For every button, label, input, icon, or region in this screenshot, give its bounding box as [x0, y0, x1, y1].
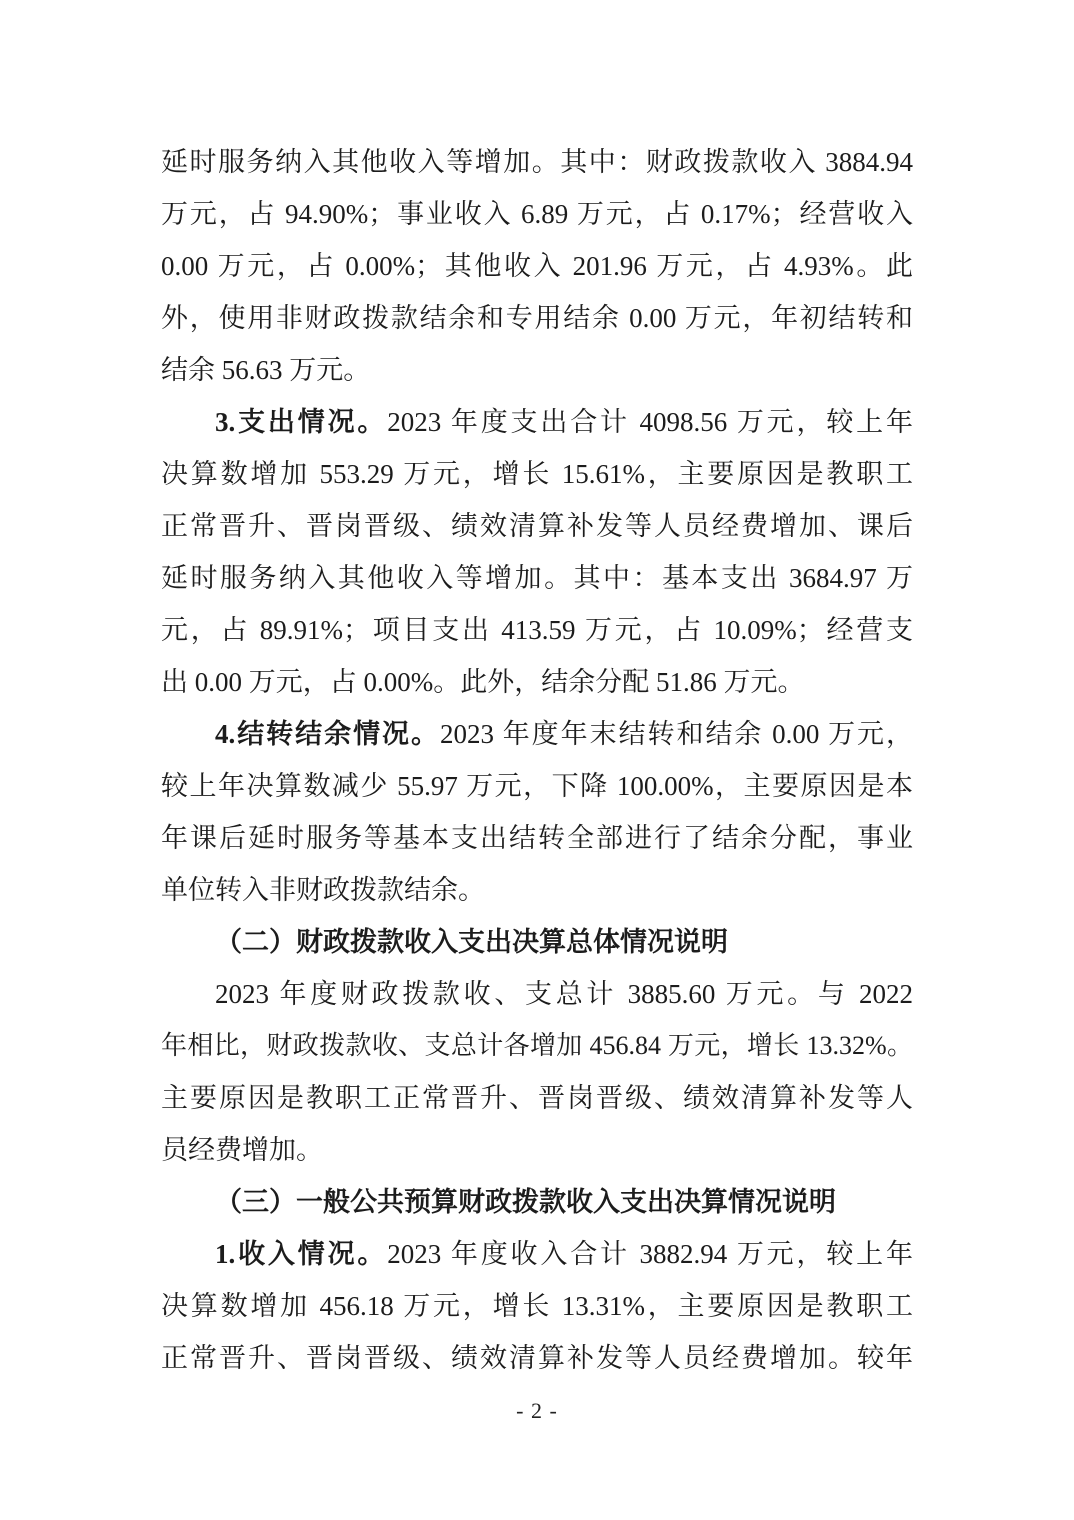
paragraph-text: 年课后延时服务等基本支出结转全部进行了结余分配，事业 [161, 823, 913, 853]
paragraph-text: 正常晋升、晋岗晋级、绩效清算补发等人员经费增加、课后 [161, 511, 913, 541]
paragraph-text: 正常晋升、晋岗晋级、绩效清算补发等人员经费增加。较年 [161, 1343, 913, 1373]
paragraph-lead: 3.支出情况。 [215, 407, 387, 437]
text-line: 1.收入情况。2023 年度收入合计 3882.94 万元，较上年 [161, 1228, 913, 1280]
paragraph-lead: （二）财政拨款收入支出决算总体情况说明 [215, 927, 728, 957]
paragraph-lead: （三）一般公共预算财政拨款收入支出决算情况说明 [215, 1187, 836, 1217]
text-line: 元，占 89.91%；项目支出 413.59 万元，占 10.09%；经营支 [161, 604, 913, 656]
paragraph-lead: 4.结转结余情况。 [215, 719, 440, 749]
paragraph-text: 员经费增加。 [161, 1135, 323, 1165]
paragraph-text: 元，占 89.91%；项目支出 413.59 万元，占 10.09%；经营支 [161, 615, 913, 645]
text-line: 主要原因是教职工正常晋升、晋岗晋级、绩效清算补发等人 [161, 1072, 913, 1124]
text-line: 单位转入非财政拨款结余。 [161, 864, 913, 916]
text-line: 延时服务纳入其他收入等增加。其中：财政拨款收入 3884.94 [161, 136, 913, 188]
paragraph-text: 主要原因是教职工正常晋升、晋岗晋级、绩效清算补发等人 [161, 1083, 913, 1113]
page-number: - 2 - [0, 1398, 1074, 1424]
paragraph-text: 决算数增加 456.18 万元，增长 13.31%，主要原因是教职工 [161, 1291, 913, 1321]
paragraph-text: 2023 年度收入合计 3882.94 万元，较上年 [387, 1239, 913, 1269]
document-body: 延时服务纳入其他收入等增加。其中：财政拨款收入 3884.94万元，占 94.9… [161, 136, 913, 1384]
text-line: 正常晋升、晋岗晋级、绩效清算补发等人员经费增加、课后 [161, 500, 913, 552]
paragraph-text: 延时服务纳入其他收入等增加。其中：财政拨款收入 3884.94 [161, 147, 913, 177]
text-line: 员经费增加。 [161, 1124, 913, 1176]
paragraph-text: 2023 年度财政拨款收、支总计 3885.60 万元。与 2022 [215, 979, 913, 1009]
paragraph-text: 0.00 万元，占 0.00%；其他收入 201.96 万元，占 4.93%。此 [161, 251, 913, 281]
text-line: 决算数增加 456.18 万元，增长 13.31%，主要原因是教职工 [161, 1280, 913, 1332]
text-line: 万元，占 94.90%；事业收入 6.89 万元，占 0.17%；经营收入 [161, 188, 913, 240]
paragraph-text: 2023 年度支出合计 4098.56 万元，较上年 [387, 407, 913, 437]
text-line: 延时服务纳入其他收入等增加。其中：基本支出 3684.97 万 [161, 552, 913, 604]
paragraph-lead: 1.收入情况。 [215, 1239, 387, 1269]
text-line: 2023 年度财政拨款收、支总计 3885.60 万元。与 2022 [161, 968, 913, 1020]
paragraph-text: 延时服务纳入其他收入等增加。其中：基本支出 3684.97 万 [161, 563, 913, 593]
text-line: 决算数增加 553.29 万元，增长 15.61%，主要原因是教职工 [161, 448, 913, 500]
paragraph-text: 单位转入非财政拨款结余。 [161, 875, 485, 905]
text-line: 较上年决算数减少 55.97 万元，下降 100.00%，主要原因是本 [161, 760, 913, 812]
text-line: 3.支出情况。2023 年度支出合计 4098.56 万元，较上年 [161, 396, 913, 448]
text-line: 正常晋升、晋岗晋级、绩效清算补发等人员经费增加。较年 [161, 1332, 913, 1384]
paragraph-text: 决算数增加 553.29 万元，增长 15.61%，主要原因是教职工 [161, 459, 913, 489]
paragraph-text: 较上年决算数减少 55.97 万元，下降 100.00%，主要原因是本 [161, 771, 913, 801]
paragraph-text: 外，使用非财政拨款结余和专用结余 0.00 万元，年初结转和 [161, 303, 913, 333]
text-line: 外，使用非财政拨款结余和专用结余 0.00 万元，年初结转和 [161, 292, 913, 344]
paragraph-text: 年相比，财政拨款收、支总计各增加 456.84 万元，增长 13.32%。 [161, 1031, 913, 1060]
text-line: 结余 56.63 万元。 [161, 344, 913, 396]
document-page: 延时服务纳入其他收入等增加。其中：财政拨款收入 3884.94万元，占 94.9… [0, 0, 1074, 1520]
paragraph-text: 出 0.00 万元，占 0.00%。此外，结余分配 51.86 万元。 [161, 667, 805, 697]
text-line: （二）财政拨款收入支出决算总体情况说明 [161, 916, 913, 968]
paragraph-text: 2023 年度年末结转和结余 0.00 万元， [440, 719, 913, 749]
text-line: 年相比，财政拨款收、支总计各增加 456.84 万元，增长 13.32%。 [161, 1020, 913, 1072]
text-line: 出 0.00 万元，占 0.00%。此外，结余分配 51.86 万元。 [161, 656, 913, 708]
paragraph-text: 万元，占 94.90%；事业收入 6.89 万元，占 0.17%；经营收入 [161, 199, 913, 229]
text-line: 年课后延时服务等基本支出结转全部进行了结余分配，事业 [161, 812, 913, 864]
text-line: 0.00 万元，占 0.00%；其他收入 201.96 万元，占 4.93%。此 [161, 240, 913, 292]
paragraph-text: 结余 56.63 万元。 [161, 355, 370, 385]
text-line: 4.结转结余情况。2023 年度年末结转和结余 0.00 万元， [161, 708, 913, 760]
text-line: （三）一般公共预算财政拨款收入支出决算情况说明 [161, 1176, 913, 1228]
